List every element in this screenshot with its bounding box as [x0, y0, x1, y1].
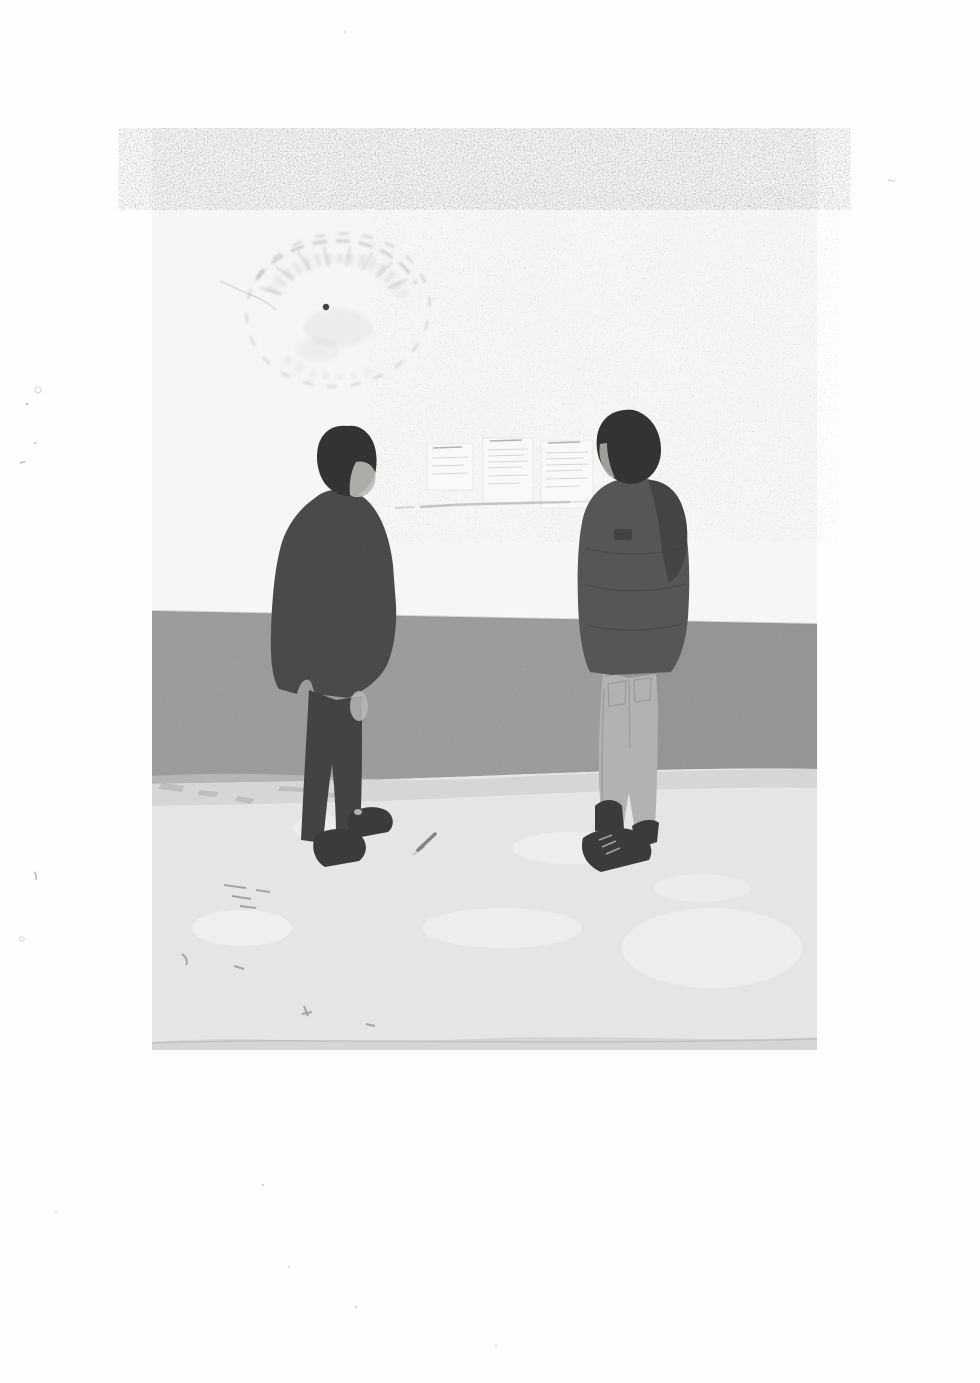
photocopy-grain	[152, 128, 817, 1050]
scanned-page	[0, 0, 980, 1383]
photograph	[152, 128, 817, 1050]
